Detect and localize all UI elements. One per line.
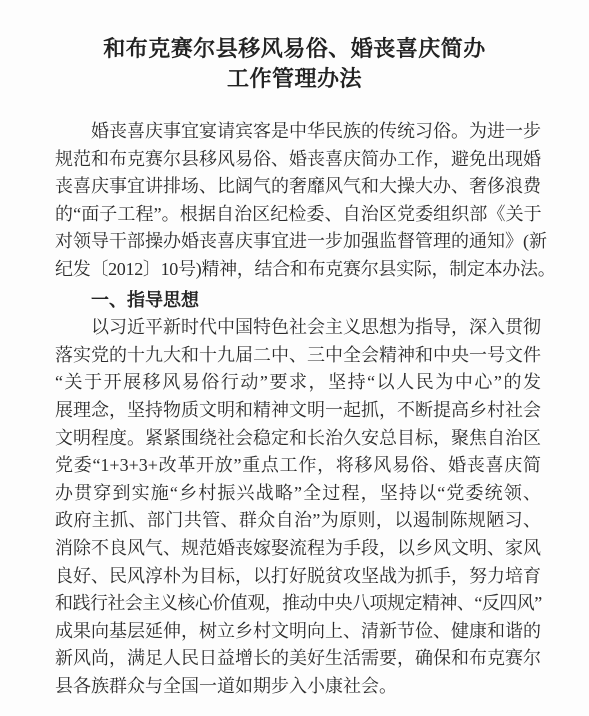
text-line: 消除不良风气、规范婚丧嫁娶流程为手段，以乡风文明、家风 xyxy=(55,535,541,563)
document-title-line-2: 工作管理办法 xyxy=(0,64,589,94)
text-line: 文明程度。紧紧围绕社会稳定和长治久安总目标，聚焦自治区 xyxy=(55,425,541,453)
text-line: 对领导干部操办婚丧喜庆事宜进一步加强监督管理的通知》(新 xyxy=(55,228,541,256)
text-line: 新风尚，满足人民日益增长的美好生活需要，确保和布克赛尔 xyxy=(55,645,541,673)
text-line: 以习近平新时代中国特色社会主义思想为指导，深入贯彻 xyxy=(55,314,541,342)
text-line: 良好、民风淳朴为目标，以打好脱贫攻坚战为抓手，努力培育 xyxy=(55,563,541,591)
text-line: 婚丧喜庆事宜宴请宾客是中华民族的传统习俗。为进一步 xyxy=(55,118,541,146)
text-line: 规范和布克赛尔县移风易俗、婚丧喜庆简办工作，避免出现婚 xyxy=(55,146,541,174)
section-heading-guiding-ideology: 一、指导思想 xyxy=(55,287,541,315)
document-title: 和布克赛尔县移风易俗、婚丧喜庆简办 工作管理办法 xyxy=(0,34,589,94)
text-line: 办贯穿到实施“乡村振兴战略”全过程，坚持以“党委统领、 xyxy=(55,480,541,508)
text-line: 政府主抓、部门共管、群众自治”为原则，以遏制陈规陋习、 xyxy=(55,507,541,535)
text-line: 的“面子工程”。根据自治区纪检委、自治区党委组织部《关于 xyxy=(55,201,541,229)
section1-paragraph: 以习近平新时代中国特色社会主义思想为指导，深入贯彻落实党的十九大和十九届二中、三… xyxy=(55,314,541,700)
text-line: 党委“1+3+3+改革开放”重点工作，将移风易俗、婚丧喜庆简 xyxy=(55,452,541,480)
text-line: “关于开展移风易俗行动”要求，坚持“以人民为中心”的发 xyxy=(55,369,541,397)
text-line: 和践行社会主义核心价值观，推动中央八项规定精神、“反四风” xyxy=(55,590,541,618)
intro-paragraph: 婚丧喜庆事宜宴请宾客是中华民族的传统习俗。为进一步规范和布克赛尔县移风易俗、婚丧… xyxy=(55,118,541,284)
text-line: 展理念，坚持物质文明和精神文明一起抓，不断提高乡村社会 xyxy=(55,397,541,425)
text-line: 县各族群众与全国一道如期步入小康社会。 xyxy=(55,673,541,701)
text-line: 纪发〔2012〕10号)精神，结合和布克赛尔县实际，制定本办法。 xyxy=(55,256,541,284)
text-line: 落实党的十九大和十九届二中、三中全会精神和中央一号文件 xyxy=(55,342,541,370)
text-line: 成果向基层延伸，树立乡村文明向上、清新节俭、健康和谐的 xyxy=(55,618,541,646)
document-title-line-1: 和布克赛尔县移风易俗、婚丧喜庆简办 xyxy=(0,34,589,64)
document-body: 婚丧喜庆事宜宴请宾客是中华民族的传统习俗。为进一步规范和布克赛尔县移风易俗、婚丧… xyxy=(55,118,541,700)
text-line: 丧喜庆事宜讲排场、比阔气的奢靡风气和大操大办、奢侈浪费 xyxy=(55,173,541,201)
document-page: 和布克赛尔县移风易俗、婚丧喜庆简办 工作管理办法 婚丧喜庆事宜宴请宾客是中华民族… xyxy=(0,0,589,716)
